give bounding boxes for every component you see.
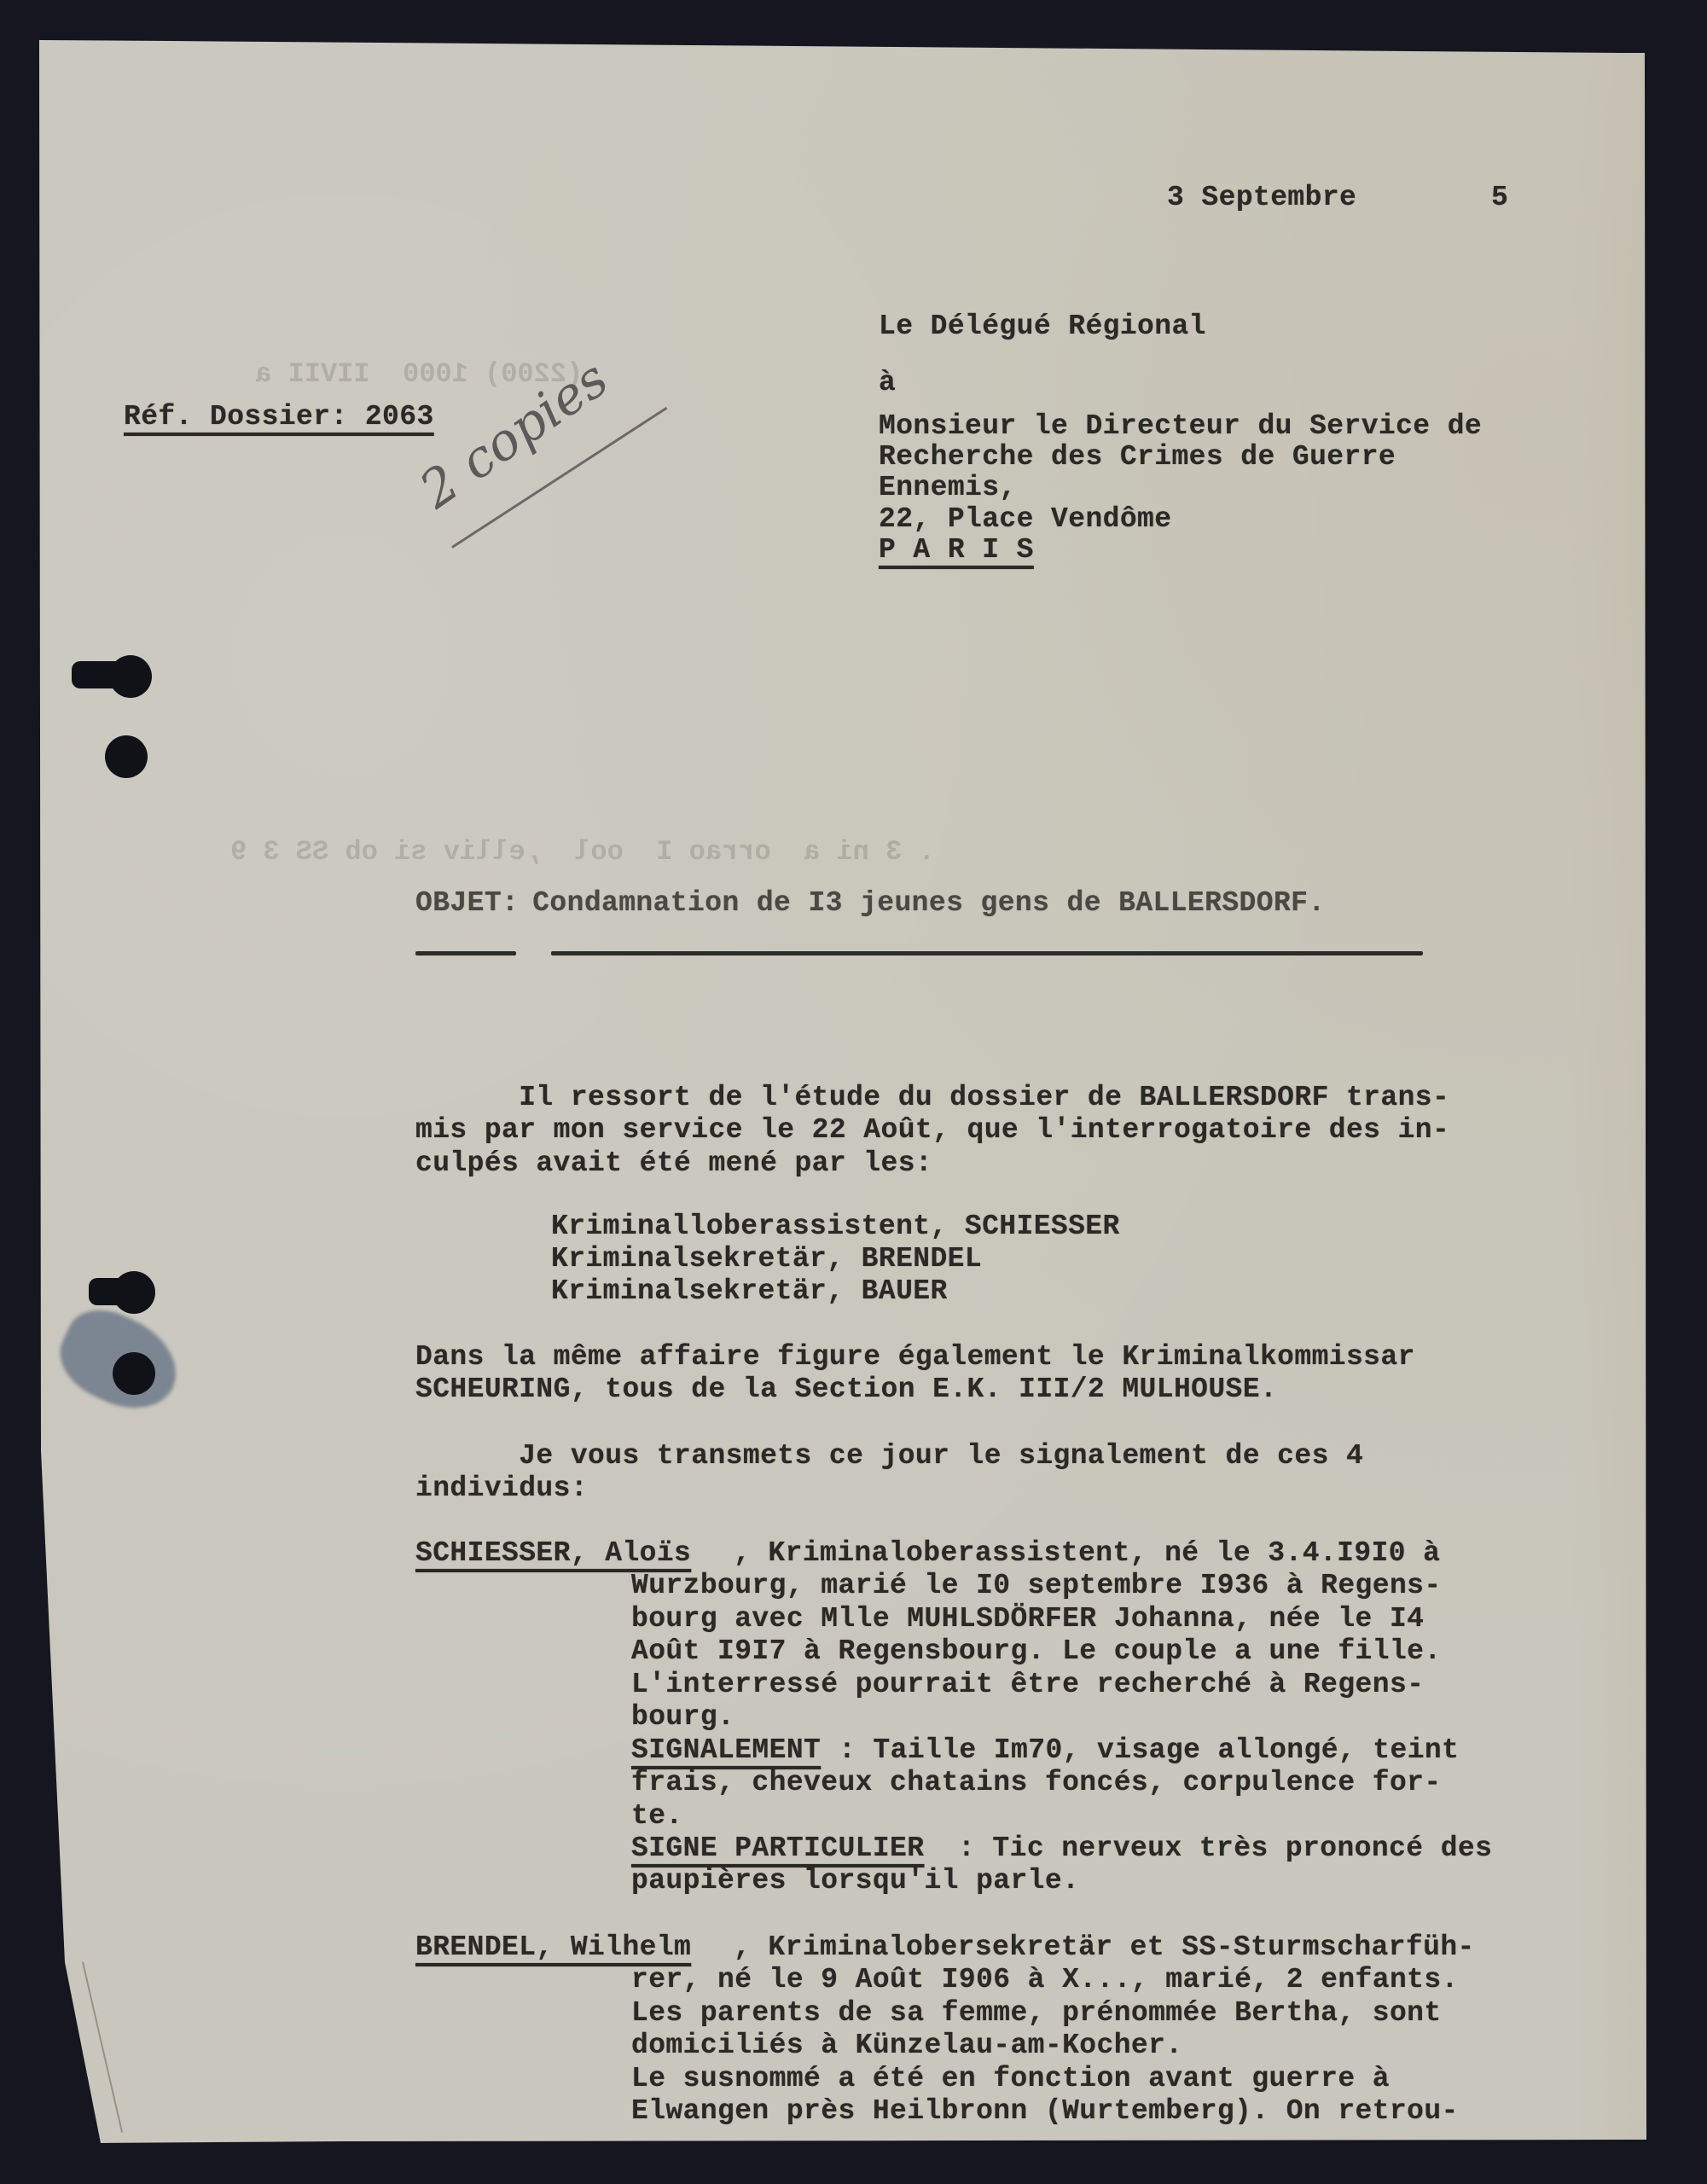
body-line: Il ressort de l'étude du dossier de BALL… <box>415 1082 1449 1115</box>
punch-hole <box>113 1352 155 1395</box>
individual-first-line: , Kriminaloberassistent, né le 3.4.I9I0 … <box>734 1537 1440 1571</box>
signalement-text: frais, cheveux chatains foncés, corpulen… <box>631 1767 1442 1800</box>
signalement-text: te. <box>631 1800 683 1833</box>
individual-line: Wurzbourg, marié le I0 septembre I936 à … <box>631 1570 1442 1603</box>
recipient-line: Recherche des Crimes de Guerre <box>879 441 1396 474</box>
individual-line: L'interressé pourrait être recherché à R… <box>631 1669 1424 1702</box>
body-line: mis par mon service le 22 Août, que l'in… <box>415 1114 1449 1147</box>
punch-hole <box>113 1271 155 1314</box>
recipient-prefix: à <box>879 367 896 400</box>
recipient-line: 22, Place Vendôme <box>879 503 1171 537</box>
body-line: culpés avait été mené par les: <box>415 1147 932 1181</box>
signe-particulier-text: paupières lorsqu'il parle. <box>631 1865 1079 1898</box>
signe-particulier-label: SIGNE PARTICULIER <box>631 1833 924 1866</box>
body-line: Je vous transmets ce jour le signalement… <box>415 1440 1363 1473</box>
individual-line: Les parents de sa femme, prénommée Berth… <box>631 1997 1442 2030</box>
officer-item: Kriminalloberassistent, SCHIESSER <box>551 1211 1120 1244</box>
recipient-line: Ennemis, <box>879 472 1017 505</box>
individual-first-line: , Kriminalobersekretär et SS-Sturmscharf… <box>734 1931 1475 1965</box>
body-line: SCHEURING, tous de la Section E.K. III/2… <box>415 1374 1277 1407</box>
reference-dossier: Réf. Dossier: 2063 <box>124 401 434 434</box>
punch-hole <box>105 735 148 778</box>
subject-rule-short <box>415 951 516 955</box>
individual-line: Août I9I7 à Regensbourg. Le couple a une… <box>631 1635 1442 1669</box>
individual-line: Elwangen près Heilbronn (Wurtemberg). On… <box>631 2095 1459 2129</box>
subject-rule-long <box>551 951 1423 955</box>
sender: Le Délégué Régional <box>879 311 1206 344</box>
subject-label: OBJET: <box>415 887 519 921</box>
body-line: individus: <box>415 1472 588 1506</box>
letter-date: 3 Septembre <box>1167 182 1356 215</box>
signalement-text: : Taille Im70, visage allongé, teint <box>839 1734 1459 1768</box>
recipient-city: P A R I S <box>879 534 1034 567</box>
individual-name: BRENDEL, Wilhelm <box>415 1931 691 1965</box>
officer-item: Kriminalsekretär, BRENDEL <box>551 1243 982 1276</box>
individual-line: bourg. <box>631 1701 734 1734</box>
individual-line: bourg avec Mlle MUHLSDÖRFER Johanna, née… <box>631 1603 1424 1636</box>
individual-line: domiciliés à Künzelau-am-Kocher. <box>631 2030 1183 2063</box>
body-line: Dans la même affaire figure également le… <box>415 1341 1415 1374</box>
signe-particulier-text: : Tic nerveux très prononcé des <box>958 1833 1492 1866</box>
individual-line: Le susnommé a été en fonction avant guer… <box>631 2063 1390 2096</box>
individual-name: SCHIESSER, Aloïs <box>415 1537 691 1571</box>
officer-item: Kriminalsekretär, BAUER <box>551 1275 948 1309</box>
subject-text: Condamnation de I3 jeunes gens de BALLER… <box>515 887 1326 921</box>
individual-line: rer, né le 9 Août I906 à X..., marié, 2 … <box>631 1964 1459 1997</box>
recipient-line: Monsieur le Directeur du Service de <box>879 410 1482 444</box>
page-number: 5 <box>1491 182 1508 215</box>
signalement-label: SIGNALEMENT <box>631 1734 821 1768</box>
bleed-through-text: . 3 ni a orrao I ool ,elliv si ob SS 3 9 <box>230 836 935 868</box>
punch-hole <box>109 655 152 698</box>
